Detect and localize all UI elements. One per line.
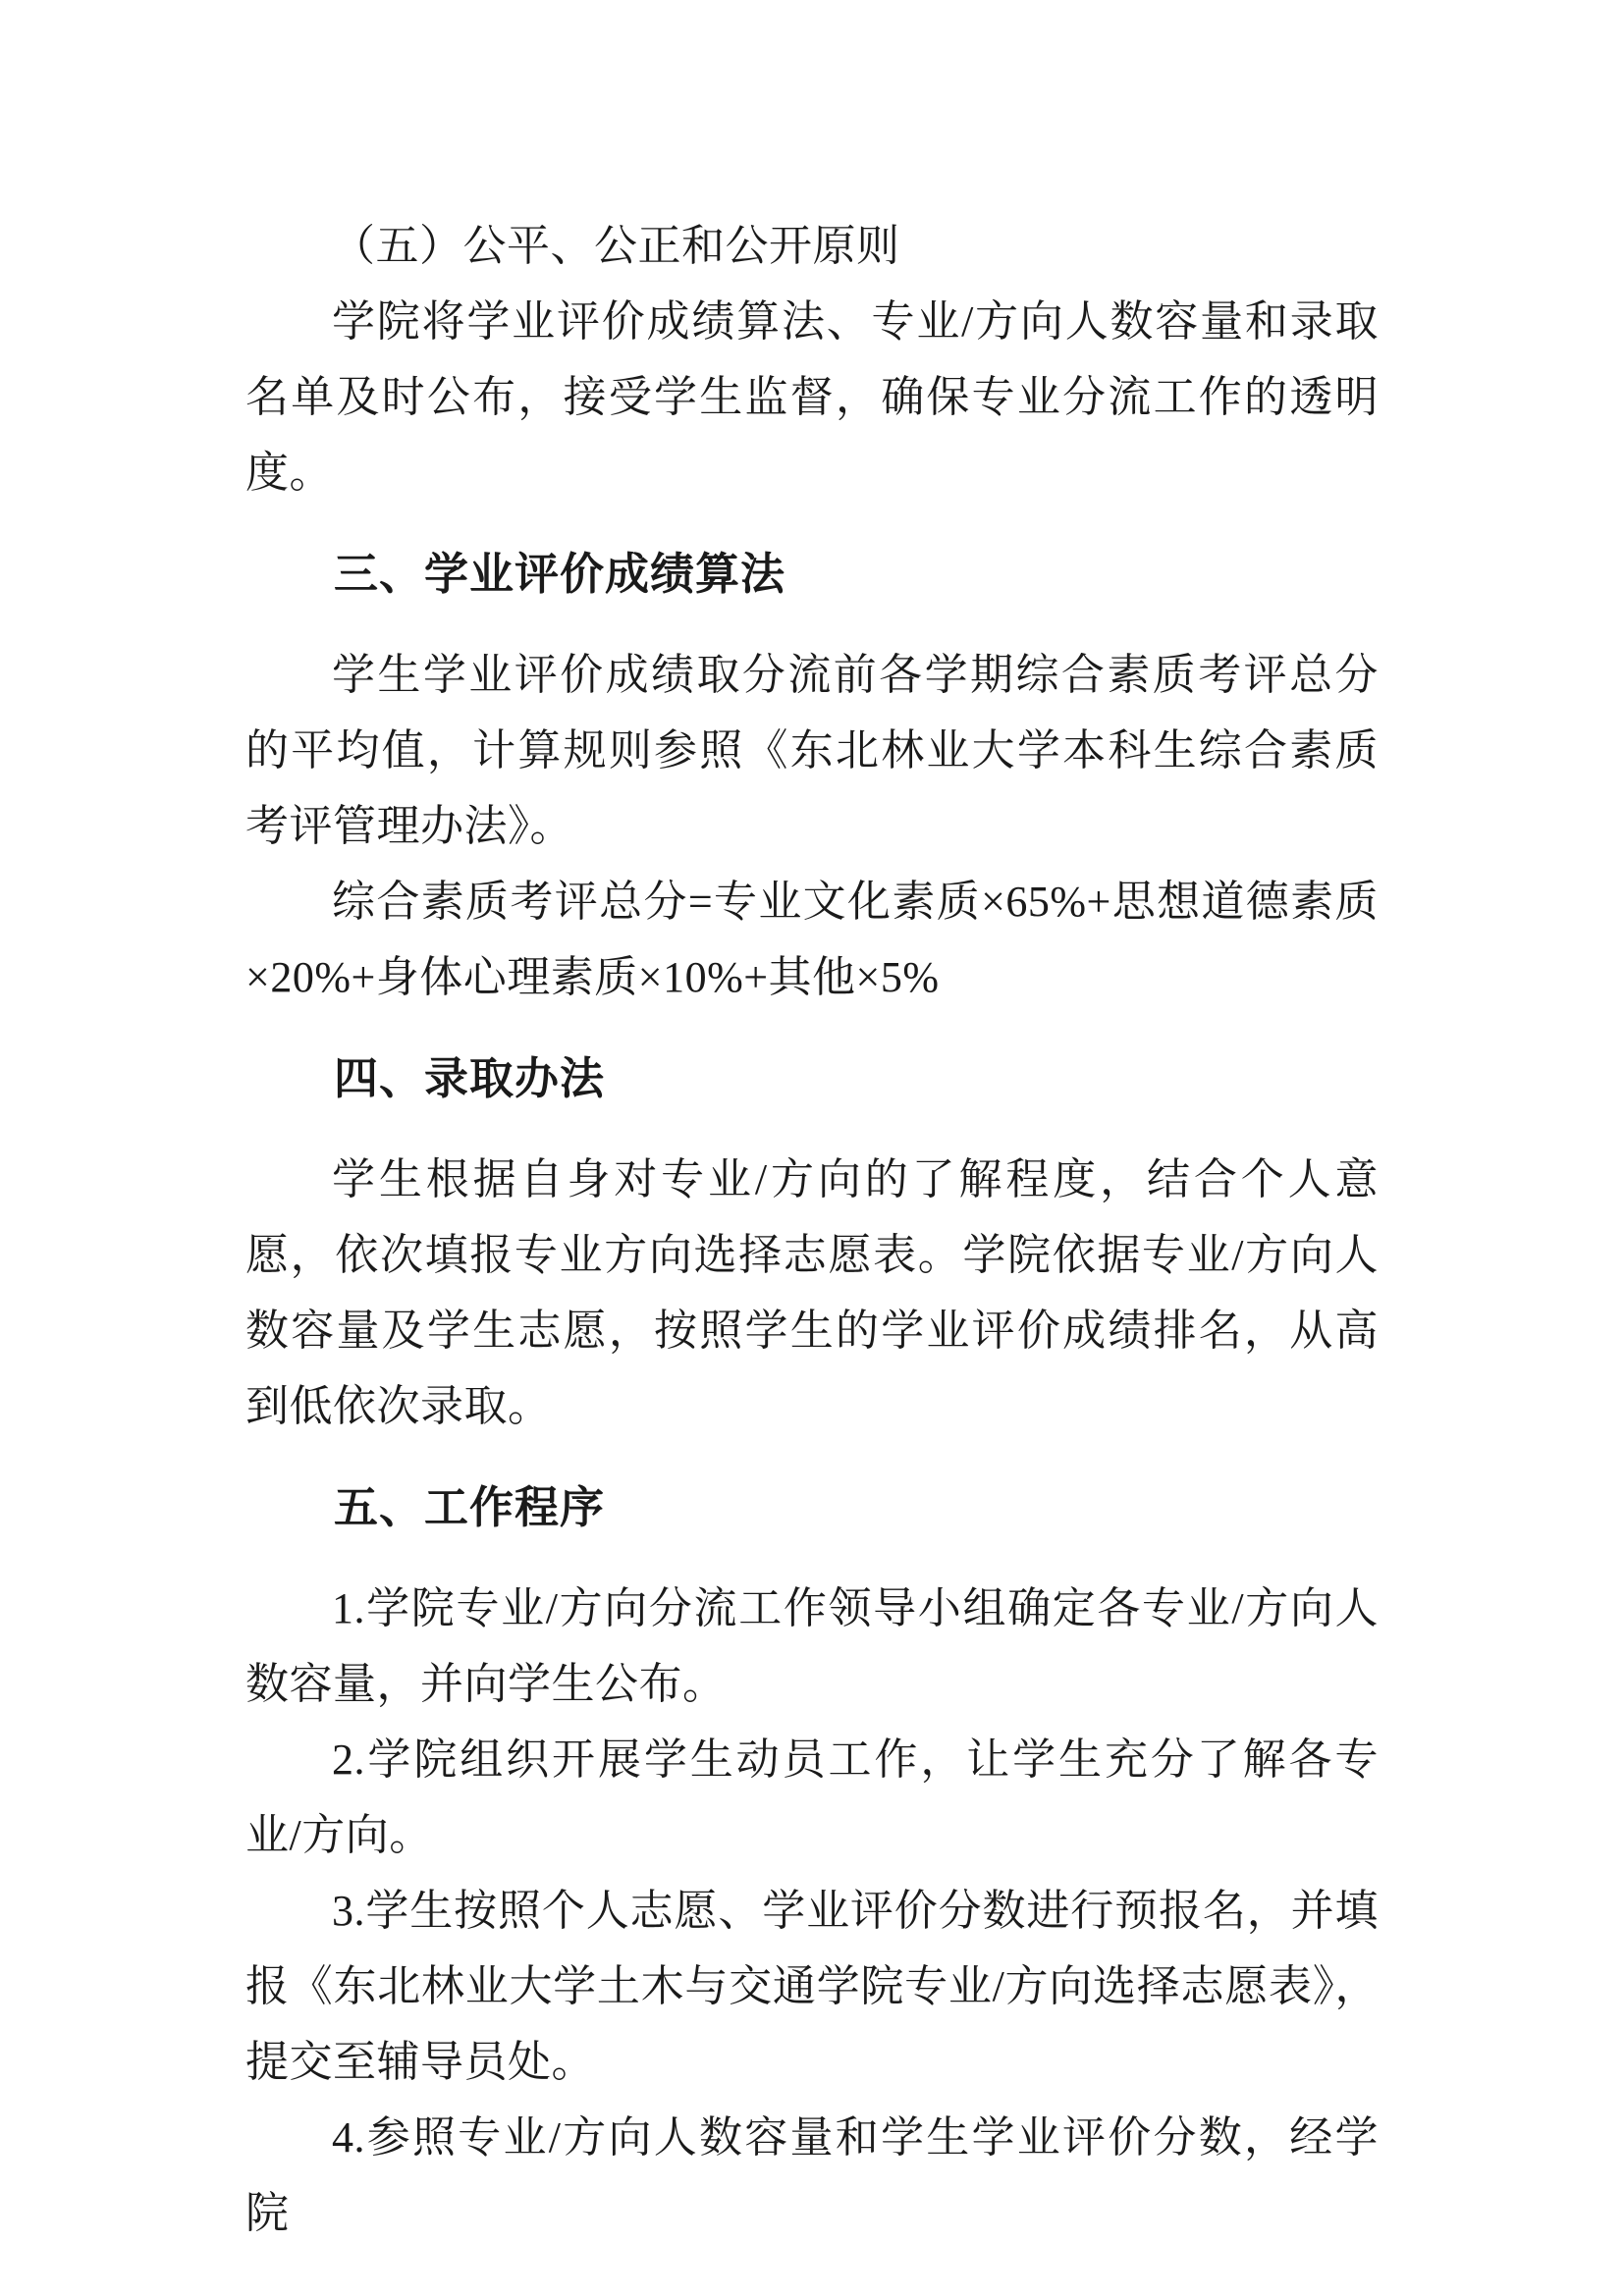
document-page: （五）公平、公正和公开原则 学院将学业评价成绩算法、专业/方向人数容量和录取名单… [0, 0, 1624, 2296]
paragraph-formula: 综合素质考评总分=专业文化素质×65%+思想道德素质×20%+身体心理素质×10… [245, 864, 1379, 1015]
section-heading-3: 三、学业评价成绩算法 [245, 536, 1379, 612]
section-heading-5: 五、工作程序 [245, 1469, 1379, 1545]
numbered-item-3: 3.学生按照个人志愿、学业评价分数进行预报名，并填报《东北林业大学土木与交通学院… [245, 1873, 1379, 2100]
subsection-heading: （五）公平、公正和公开原则 [245, 208, 1379, 284]
paragraph: 学生根据自身对专业/方向的了解程度，结合个人意愿，依次填报专业方向选择志愿表。学… [245, 1142, 1379, 1444]
paragraph: 学生学业评价成绩取分流前各学期综合素质考评总分的平均值，计算规则参照《东北林业大… [245, 637, 1379, 864]
numbered-item-1: 1.学院专业/方向分流工作领导小组确定各专业/方向人数容量，并向学生公布。 [245, 1571, 1379, 1722]
paragraph: 学院将学业评价成绩算法、专业/方向人数容量和录取名单及时公布，接受学生监督，确保… [245, 284, 1379, 510]
numbered-item-4: 4.参照专业/方向人数容量和学生学业评价分数，经学院 [245, 2100, 1379, 2251]
section-heading-4: 四、录取办法 [245, 1041, 1379, 1116]
numbered-item-2: 2.学院组织开展学生动员工作，让学生充分了解各专业/方向。 [245, 1722, 1379, 1873]
